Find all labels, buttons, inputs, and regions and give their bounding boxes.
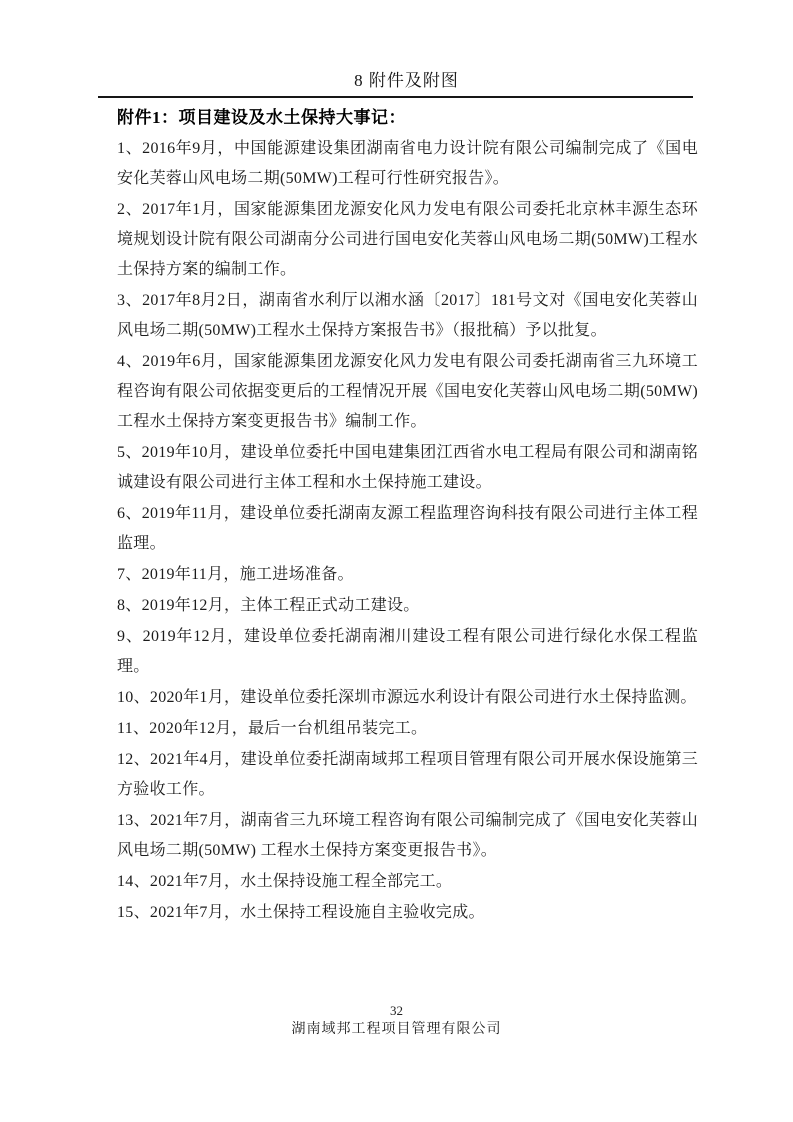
document-body: 附件1：项目建设及水土保持大事记： 1、2016年9月，中国能源建设集团湖南省电…	[117, 106, 698, 929]
running-header-title: 8 附件及附图	[354, 71, 459, 90]
event-item: 2、2017年1月，国家能源集团龙源安化风力发电有限公司委托北京林丰源生态环境规…	[117, 195, 698, 285]
event-item: 13、2021年7月，湖南省三九环境工程咨询有限公司编制完成了《国电安化芙蓉山风…	[117, 806, 698, 866]
event-item: 12、2021年4月，建设单位委托湖南域邦工程项目管理有限公司开展水保设施第三方…	[117, 745, 698, 805]
event-item: 5、2019年10月，建设单位委托中国电建集团江西省水电工程局有限公司和湖南铭诚…	[117, 438, 698, 498]
footer-company-name: 湖南域邦工程项目管理有限公司	[0, 1021, 793, 1039]
attachment-title: 附件1：项目建设及水土保持大事记：	[117, 106, 698, 130]
running-header: 8 附件及附图	[98, 70, 693, 98]
event-list: 1、2016年9月，中国能源建设集团湖南省电力设计院有限公司编制完成了《国电安化…	[117, 134, 698, 928]
page-number: 32	[0, 1003, 793, 1019]
event-item: 15、2021年7月，水土保持工程设施自主验收完成。	[117, 898, 698, 928]
event-item: 7、2019年11月，施工进场准备。	[117, 560, 698, 590]
event-item: 10、2020年1月，建设单位委托深圳市源远水利设计有限公司进行水土保持监测。	[117, 683, 698, 713]
document-page: 8 附件及附图 附件1：项目建设及水土保持大事记： 1、2016年9月，中国能源…	[0, 0, 793, 1122]
event-item: 3、2017年8月2日，湖南省水利厅以湘水涵〔2017〕181号文对《国电安化芙…	[117, 286, 698, 346]
event-item: 11、2020年12月，最后一台机组吊装完工。	[117, 714, 698, 744]
event-item: 1、2016年9月，中国能源建设集团湖南省电力设计院有限公司编制完成了《国电安化…	[117, 134, 698, 194]
event-item: 9、2019年12月，建设单位委托湖南湘川建设工程有限公司进行绿化水保工程监理。	[117, 622, 698, 682]
event-item: 4、2019年6月，国家能源集团龙源安化风力发电有限公司委托湖南省三九环境工程咨…	[117, 347, 698, 437]
event-item: 8、2019年12月，主体工程正式动工建设。	[117, 591, 698, 621]
event-item: 6、2019年11月，建设单位委托湖南友源工程监理咨询科技有限公司进行主体工程监…	[117, 499, 698, 559]
event-item: 14、2021年7月，水土保持设施工程全部完工。	[117, 867, 698, 897]
